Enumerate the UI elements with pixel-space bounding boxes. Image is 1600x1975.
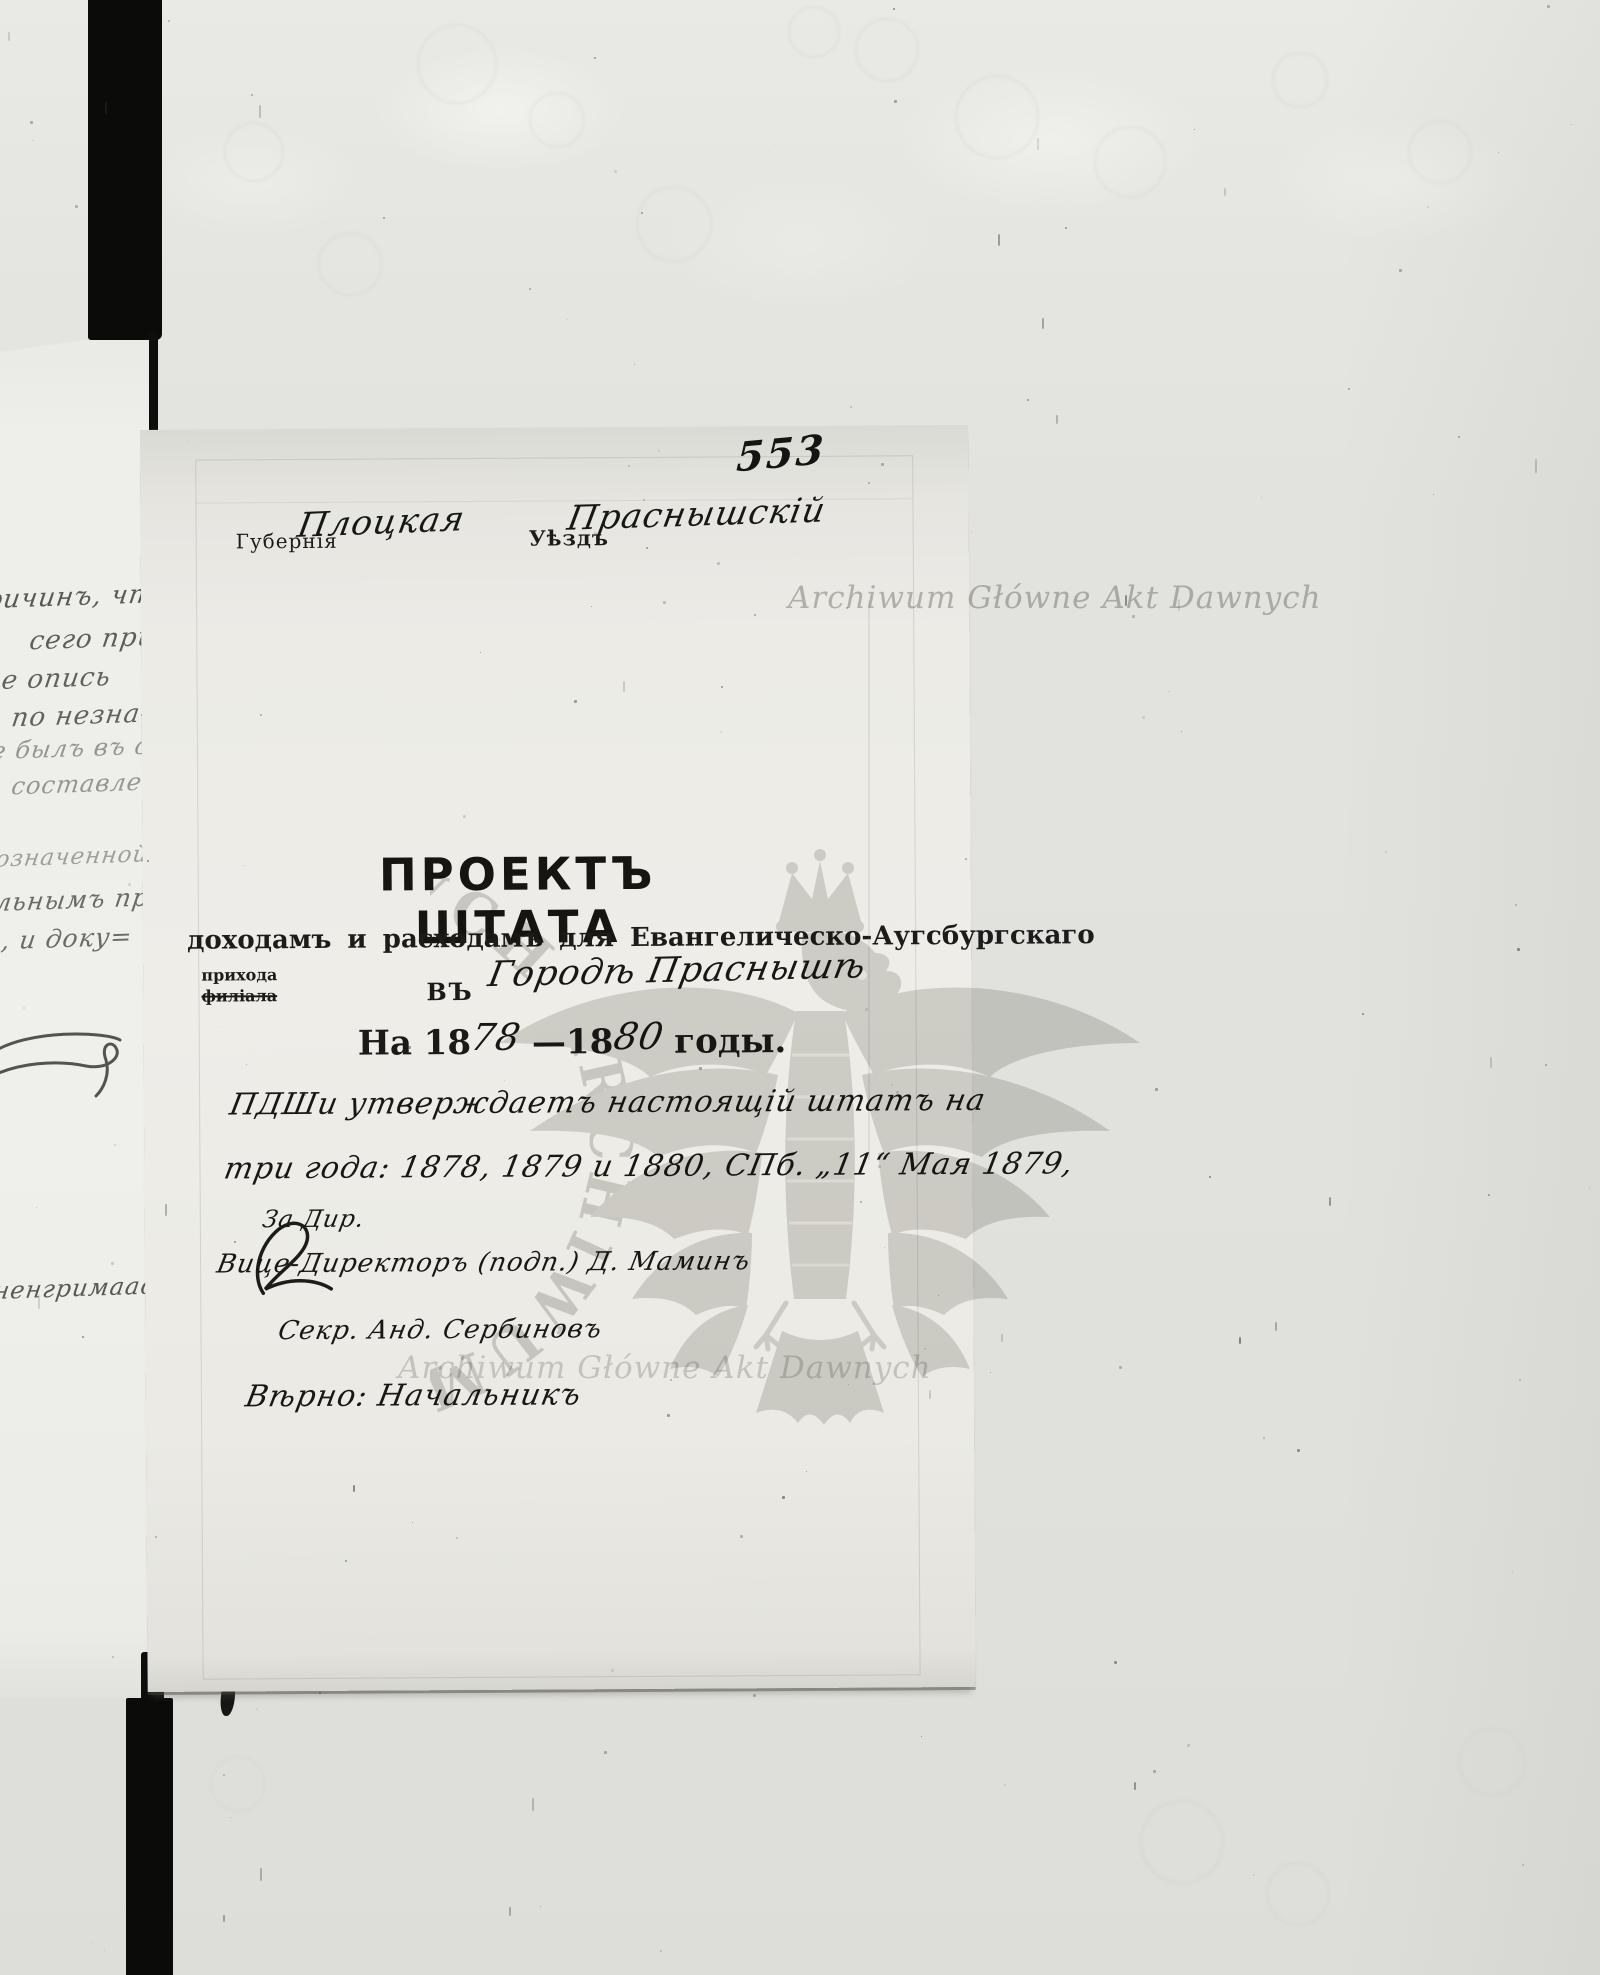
paper-speck — [532, 1798, 534, 1811]
paper-speck — [660, 1950, 662, 1952]
paper-speck — [1027, 399, 1029, 401]
seal-watermark: ARCHIWUM GŁÓWNE · AKT DAWNYCH — [430, 650, 1190, 1450]
paper-speck — [1329, 1197, 1331, 1206]
paper-speck — [256, 1708, 258, 1710]
filiala-label-struck: филіала — [201, 986, 277, 1005]
archival-scan: ричинъ, что сего при- е опись по незна- … — [0, 0, 1600, 1975]
paper-speck — [1275, 1322, 1277, 1331]
paper-speck — [850, 406, 852, 408]
margin-text-fragment: е опись — [0, 662, 113, 696]
texture-swirl-ring — [1140, 1800, 1224, 1884]
gutter-shadow-bottom — [126, 1698, 173, 1975]
paper-speck — [1187, 1744, 1190, 1747]
left-page-fragment: ричинъ, что сего при- е опись по незна- … — [0, 330, 153, 1698]
paper-speck — [971, 531, 972, 532]
edge-shading — [1340, 0, 1600, 1975]
paper-speck — [91, 1942, 92, 1943]
margin-text-fragment: означенной — [0, 841, 150, 872]
paper-speck — [1209, 1176, 1211, 1178]
paper-speck — [223, 1915, 225, 1922]
texture-swirl-ring — [210, 1756, 266, 1812]
prihoda-label: прихода — [201, 965, 277, 984]
paper-speck — [1261, 497, 1262, 498]
paper-speck — [104, 1950, 105, 1951]
paper-speck — [1114, 1661, 1117, 1664]
paper-speck — [509, 1907, 511, 1916]
paper-speck — [604, 1751, 607, 1754]
paper-speck — [260, 1868, 262, 1881]
paper-speck — [223, 1774, 225, 1776]
paper-speck — [230, 1817, 231, 1818]
archive-watermark-text: Archiwum Główne Akt Dawnych — [398, 1350, 932, 1386]
paper-speck — [1134, 1782, 1136, 1790]
paper-speck — [1253, 1874, 1255, 1876]
paper-speck — [319, 1692, 321, 1694]
paper-speck — [753, 1694, 756, 1697]
paper-speck — [1239, 1337, 1241, 1344]
gutter-shadow-top — [88, 0, 162, 340]
gubernia-value-handwritten: Плоцкая — [295, 499, 469, 546]
paper-speck — [921, 1736, 922, 1737]
paper-speck — [634, 364, 635, 365]
uezd-value-handwritten: Праснышскій — [564, 490, 829, 538]
texture-swirl-ring — [1266, 1862, 1330, 1926]
paper-speck — [1297, 1449, 1300, 1452]
paper-speck — [1263, 1437, 1265, 1439]
paper-speck — [540, 1906, 541, 1907]
margin-text-fragment: , и доку= — [0, 922, 135, 956]
archive-watermark-text: Archiwum Główne Akt Dawnych — [788, 580, 1322, 616]
margin-signature-flourish — [0, 1026, 138, 1106]
paper-speck — [1004, 1784, 1006, 1786]
margin-text-fragment: составле. — [10, 768, 153, 801]
page-number: 553 — [735, 426, 826, 482]
paper-speck — [1056, 415, 1058, 424]
paper-speck — [1153, 1770, 1156, 1773]
margin-text-fragment: по незна- — [9, 699, 152, 734]
